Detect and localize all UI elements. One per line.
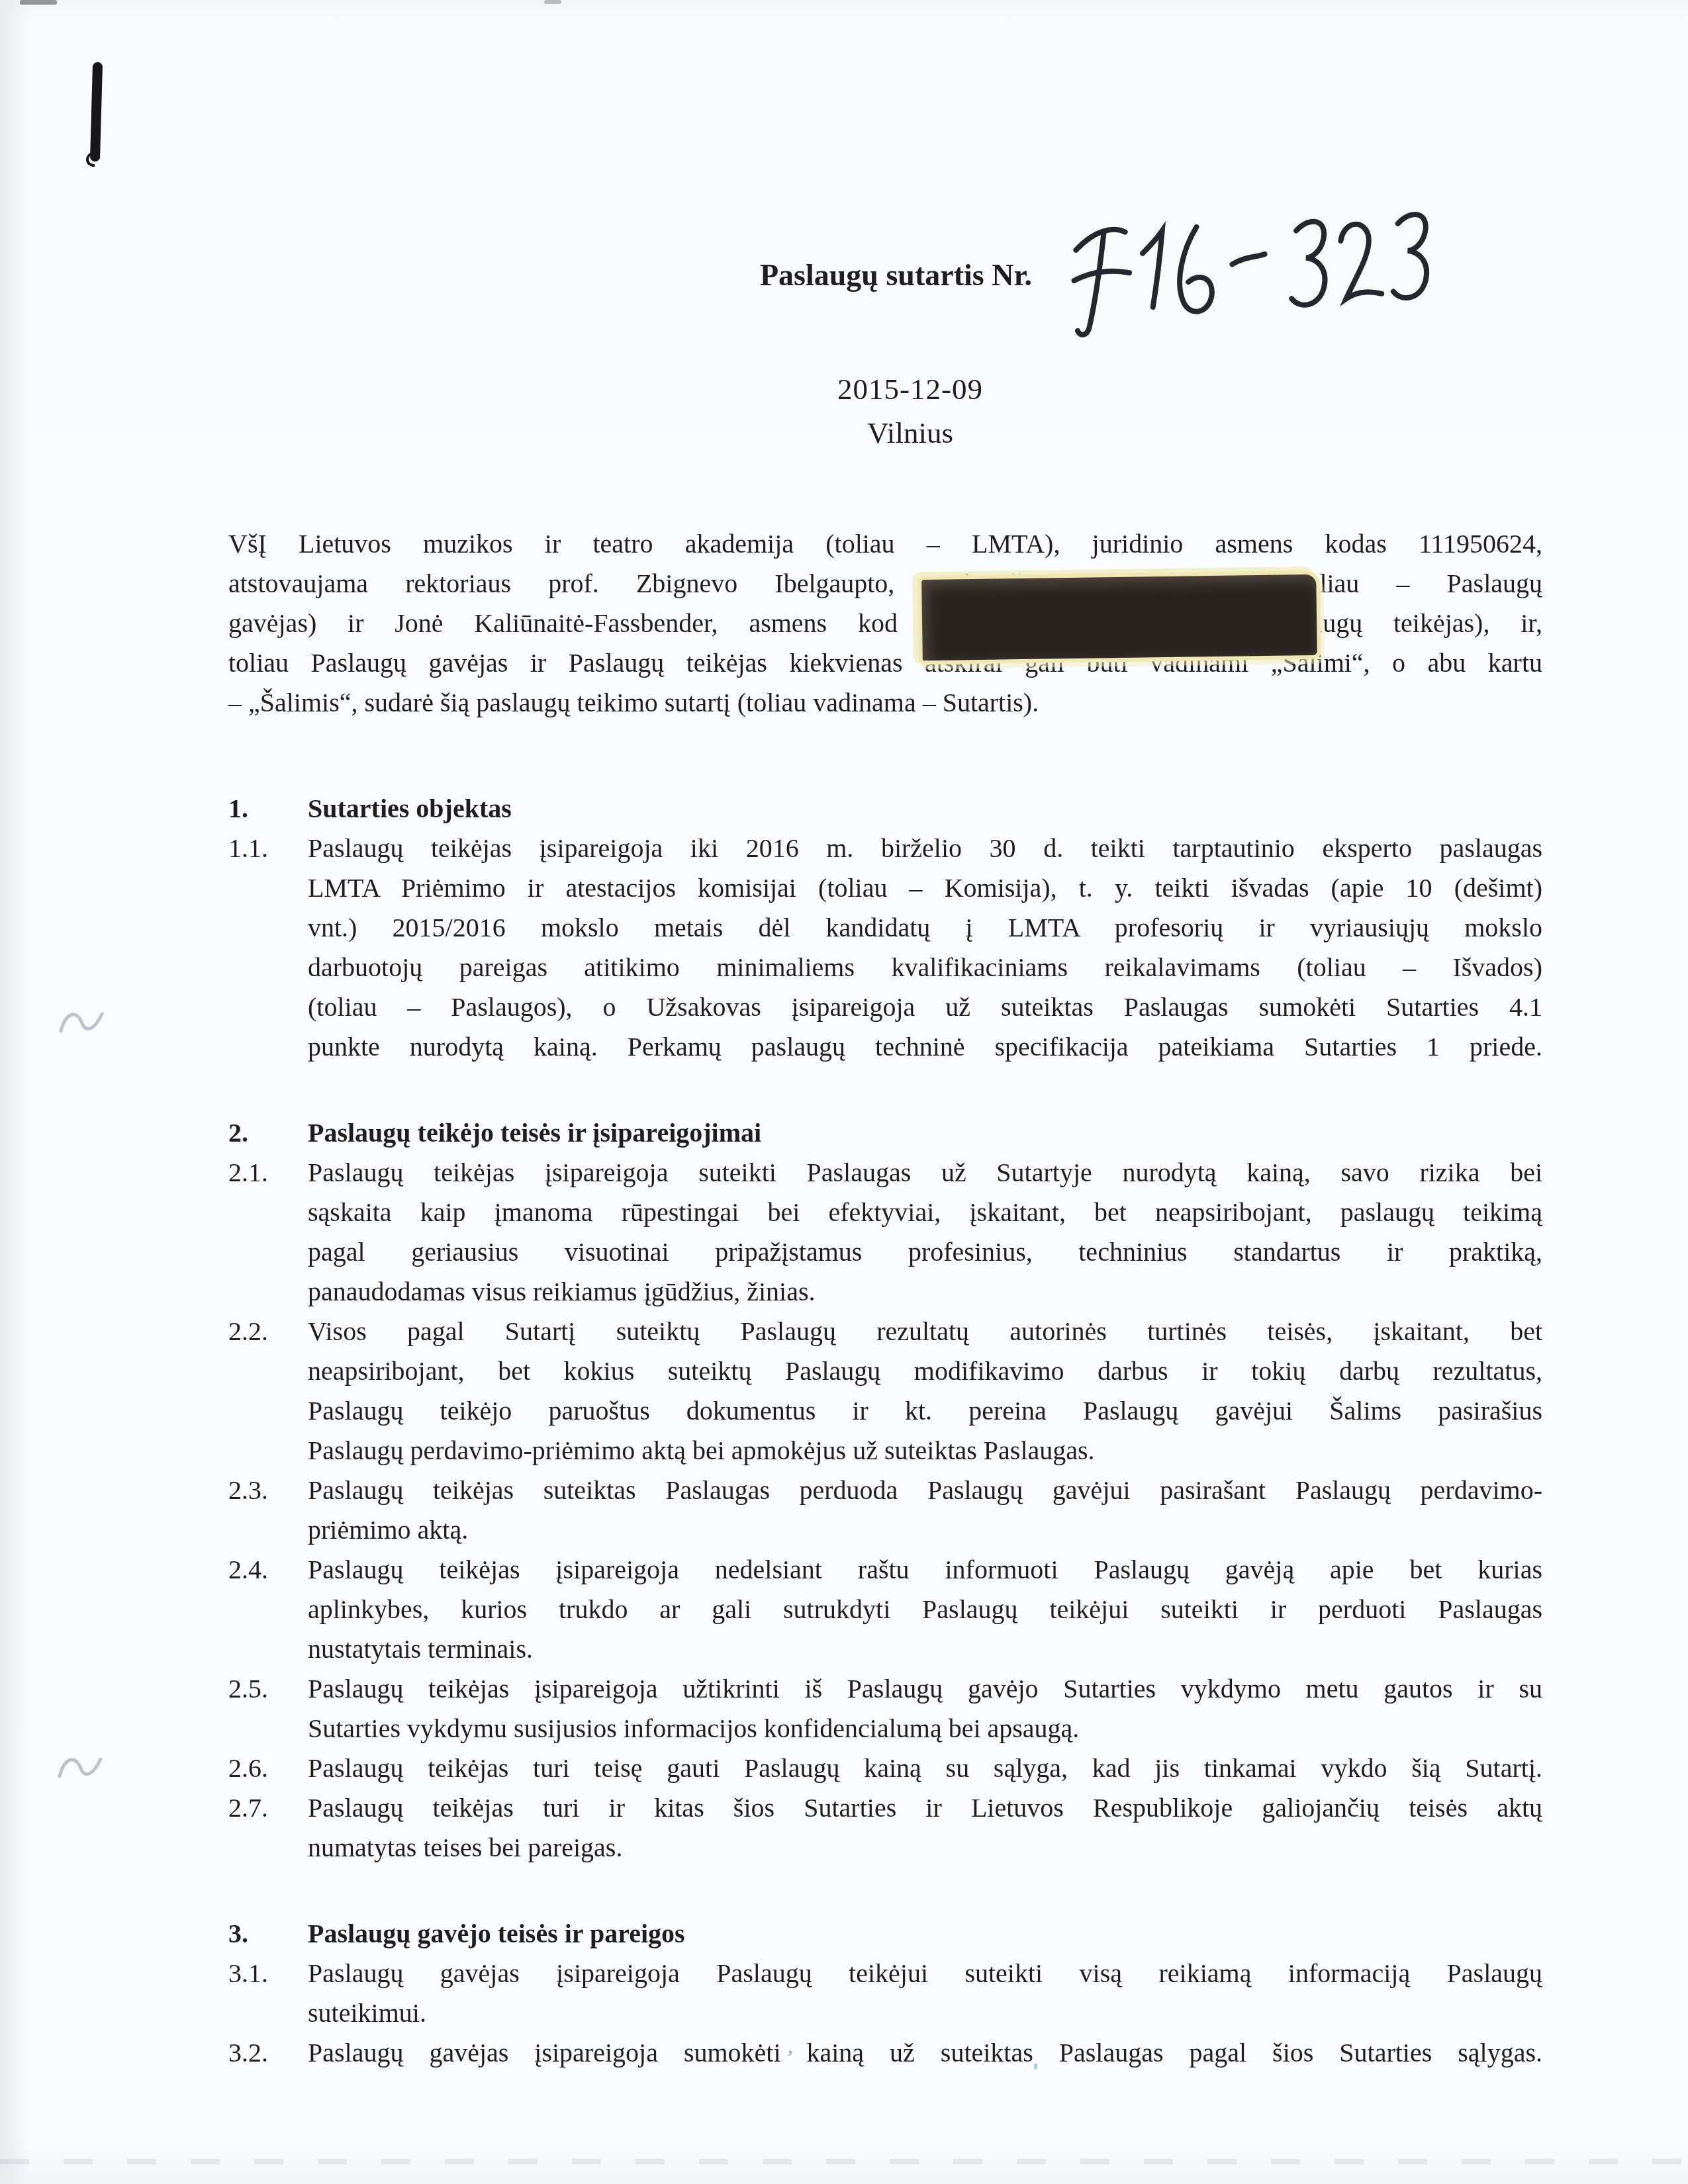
clause-line: suteikimui.	[308, 1993, 1542, 2033]
clause-line: Paslaugų teikėjas įsipareigoja suteikti …	[308, 1153, 1542, 1193]
clause-line: aplinkybes, kurios trukdo ar gali sutruk…	[308, 1590, 1542, 1629]
clause-line: Paslaugų teikėjas suteiktas Paslaugas pe…	[308, 1471, 1542, 1510]
preamble-line: atstovaujama rektoriaus prof. Zbignevo I…	[228, 564, 1542, 604]
clause-line: LMTA Priėmimo ir atestacijos komisijai (…	[308, 868, 1542, 908]
contract-body: VšĮ Lietuvos muzikos ir teatro akademija…	[228, 524, 1542, 2073]
clause-text: Paslaugų gavėjas įsipareigoja Paslaugų t…	[308, 1954, 1542, 2033]
clause-line: Paslaugų gavėjas įsipareigoja Paslaugų t…	[308, 1954, 1542, 1993]
clause-1-1: 1.1. Paslaugų teikėjas įsipareigoja iki …	[228, 829, 1542, 1067]
preamble-line-with-redaction: gavėjas) ir Jonė Kaliūnaitė-Fassbender, …	[228, 604, 1542, 643]
clause-2-6: 2.6. Paslaugų teikėjas turi teisę gauti …	[228, 1749, 1542, 1788]
clause-line: Paslaugų gavėjas įsipareigoja sumokėti k…	[308, 2033, 1542, 2073]
section-3-heading: 3. Paslaugų gavėjo teisės ir pareigos	[228, 1914, 1542, 1954]
clause-3-2: 3.2. Paslaugų gavėjas įsipareigoja sumok…	[228, 2033, 1542, 2073]
section-title: Paslaugų teikėjo teisės ir įsipareigojim…	[308, 1113, 1542, 1153]
clause-line: neapsiribojant, bet kokius suteiktų Pasl…	[308, 1351, 1542, 1391]
clause-line: Paslaugų teikėjas turi ir kitas šios Sut…	[308, 1788, 1542, 1828]
clause-2-7: 2.7. Paslaugų teikėjas turi ir kitas šio…	[228, 1788, 1542, 1868]
scan-speck	[1034, 2064, 1037, 2070]
clause-number: 3.1.	[228, 1954, 308, 2033]
clause-text: Paslaugų teikėjas turi teisę gauti Pasla…	[308, 1749, 1542, 1788]
margin-pencil-swirl	[57, 1006, 106, 1039]
clause-2-2: 2.2. Visos pagal Sutartį suteiktų Paslau…	[228, 1312, 1542, 1471]
section-number: 2.	[228, 1113, 308, 1153]
section-number: 3.	[228, 1914, 308, 1954]
contract-number-handwriting: F16-323	[1059, 199, 1470, 341]
scan-speck	[544, 0, 561, 4]
clause-line: Visos pagal Sutartį suteiktų Paslaugų re…	[308, 1312, 1542, 1351]
clause-line: Paslaugų teikėjas įsipareigoja užtikrint…	[308, 1669, 1542, 1709]
clause-text: Paslaugų teikėjas turi ir kitas šios Sut…	[308, 1788, 1542, 1868]
clause-line: panaudodamas visus reikiamus įgūdžius, ž…	[308, 1272, 1542, 1312]
clause-number: 2.6.	[228, 1749, 308, 1788]
clause-number: 2.2.	[228, 1312, 308, 1471]
clause-line: vnt.) 2015/2016 mokslo metais dėl kandid…	[308, 908, 1542, 948]
clause-line: Paslaugų teikėjo paruoštus dokumentus ir…	[308, 1391, 1542, 1431]
section-2-heading: 2. Paslaugų teikėjo teisės ir įsipareigo…	[228, 1113, 1542, 1153]
section-1-heading: 1. Sutarties objektas	[228, 789, 1542, 829]
clause-text: Paslaugų teikėjas įsipareigoja suteikti …	[308, 1153, 1542, 1312]
clause-number: 1.1.	[228, 829, 308, 1067]
scan-speck	[20, 0, 57, 5]
black-redaction-marker	[917, 570, 1321, 664]
clause-2-1: 2.1. Paslaugų teikėjas įsipareigoja sute…	[228, 1153, 1542, 1312]
clause-2-5: 2.5. Paslaugų teikėjas įsipareigoja užti…	[228, 1669, 1542, 1749]
clause-number: 2.4.	[228, 1550, 308, 1669]
scanned-contract-page: Paslaugų sutartis Nr. F16-323 2015-12-09…	[0, 0, 1688, 2184]
preamble-line: VšĮ Lietuvos muzikos ir teatro akademija…	[228, 524, 1542, 564]
clause-line: Paslaugų perdavimo-priėmimo aktą bei apm…	[308, 1431, 1542, 1471]
clause-text: Paslaugų teikėjas suteiktas Paslaugas pe…	[308, 1471, 1542, 1550]
document-city: Vilnius	[712, 409, 1109, 457]
document-title: Paslaugų sutartis Nr.	[760, 257, 1032, 294]
clause-line: pagal geriausius visuotinai pripažįstamu…	[308, 1232, 1542, 1272]
preamble-line: – „Šalimis“, sudarė šią paslaugų teikimo…	[228, 683, 1542, 723]
section-title: Sutarties objektas	[308, 789, 1542, 829]
clause-line: priėmimo aktą.	[308, 1510, 1542, 1550]
clause-line: Paslaugų teikėjas turi teisę gauti Pasla…	[308, 1749, 1542, 1788]
clause-text: Paslaugų gavėjas įsipareigoja sumokėti k…	[308, 2033, 1542, 2073]
clause-line: punkte nurodytą kainą. Perkamų paslaugų …	[308, 1027, 1542, 1067]
section-number: 1.	[228, 789, 308, 829]
clause-line: sąskaita kaip įmanoma rūpestingai bei ef…	[308, 1193, 1542, 1232]
clause-2-3: 2.3. Paslaugų teikėjas suteiktas Paslaug…	[228, 1471, 1542, 1550]
clause-number: 3.2.	[228, 2033, 308, 2073]
clause-text: Visos pagal Sutartį suteiktų Paslaugų re…	[308, 1312, 1542, 1471]
clause-line: darbuotojų pareigas atitikimo minimaliem…	[308, 948, 1542, 987]
document-date: 2015-12-09	[712, 369, 1109, 409]
clause-number: 2.7.	[228, 1788, 308, 1868]
clause-line: (toliau – Paslaugos), o Užsakovas įsipar…	[308, 987, 1542, 1027]
preamble-paragraph: VšĮ Lietuvos muzikos ir teatro akademija…	[228, 524, 1542, 723]
date-block: 2015-12-09 Vilnius	[712, 369, 1109, 457]
clause-number: 2.3.	[228, 1471, 308, 1550]
clause-line: numatytas teises bei pareigas.	[308, 1828, 1542, 1868]
clause-2-4: 2.4. Paslaugų teikėjas įsipareigoja nede…	[228, 1550, 1542, 1669]
clause-number: 2.1.	[228, 1153, 308, 1312]
margin-pencil-swirl	[56, 1751, 105, 1784]
clause-line: nustatytais terminais.	[308, 1629, 1542, 1669]
clause-line: Paslaugų teikėjas įsipareigoja iki 2016 …	[308, 829, 1542, 868]
preamble-line: toliau Paslaugų gavėjas ir Paslaugų teik…	[228, 643, 1542, 683]
handwriting-strokes	[1059, 199, 1470, 338]
clause-text: Paslaugų teikėjas įsipareigoja užtikrint…	[308, 1669, 1542, 1749]
section-title: Paslaugų gavėjo teisės ir pareigos	[308, 1914, 1542, 1954]
document-header: Paslaugų sutartis Nr.	[760, 257, 1032, 294]
clause-line: Sutarties vykdymu susijusios informacijo…	[308, 1709, 1542, 1749]
clause-text: Paslaugų teikėjas įsipareigoja nedelsian…	[308, 1550, 1542, 1669]
clause-line: Paslaugų teikėjas įsipareigoja nedelsian…	[308, 1550, 1542, 1590]
preamble-text-before-redaction: gavėjas) ir Jonė Kaliūnaitė-Fassbender, …	[228, 608, 898, 638]
clause-number: 2.5.	[228, 1669, 308, 1749]
clause-3-1: 3.1. Paslaugų gavėjas įsipareigoja Pasla…	[228, 1954, 1542, 2033]
pen-stroke-mark	[90, 62, 103, 161]
clause-text: Paslaugų teikėjas įsipareigoja iki 2016 …	[308, 829, 1542, 1067]
